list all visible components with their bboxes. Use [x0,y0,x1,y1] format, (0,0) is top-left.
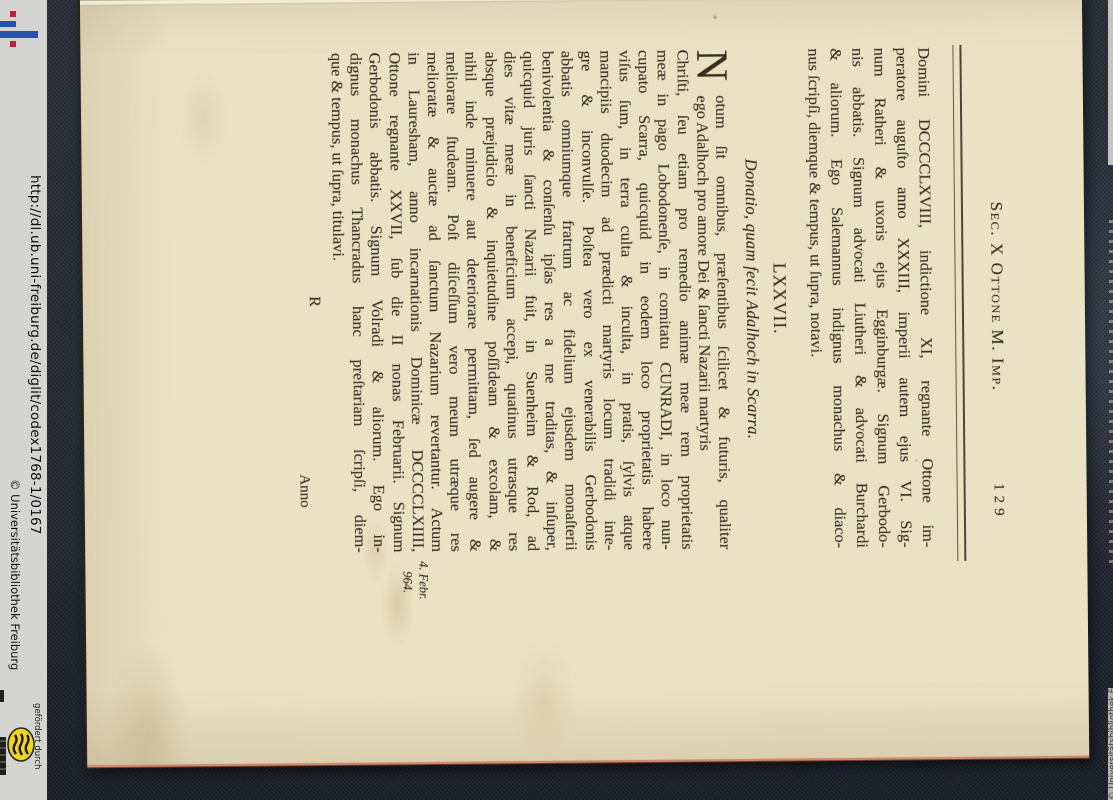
drop-cap-initial: N [693,49,729,81]
charter-number-heading: LXXVII. [766,49,792,549]
logo-red-square-icon [10,11,16,17]
right-edge-copyright-text: © Universitätsbibliothek Freiburg [1108,688,1113,800]
cropped-logo-fragment [0,737,6,775]
logo-blue-bar-icon [0,31,38,38]
margin-note-line: 4. Febr. [415,561,431,600]
margin-note-line: 964. [399,571,415,600]
source-url-text: http://dl.ub.uni-freiburg.de/diglit/code… [27,175,43,535]
running-head-row: Sec. X Ottone M. Imp. 129 [984,46,1009,546]
scan-viewport: http://dl.ub.uni-freiburg.de/diglit/code… [0,0,1113,800]
right-edge-bar-sliver [1108,0,1113,165]
copyright-text: © Universitätsbibliothek Freiburg [8,479,22,670]
baden-wuerttemberg-coat-of-arms-icon [7,727,35,762]
charter-76-ending-paragraph: Domini DCCCCLXVIII, indictione XI, regna… [802,47,939,548]
catchword: Anno [295,474,312,508]
right-edge-text-sliver [1109,220,1113,570]
page-number: 129 [990,483,1007,521]
charter-body: N otum ſit omnibus, præſentibus ſcilicet… [327,49,735,553]
charter-first-lines: otum ſit omnibus, præſentibus ſcilicet &… [692,95,735,549]
charter-lines: Chriſti, ſeu etiam pro remedio animæ meæ… [327,49,697,552]
rotated-bar-text: http://dl.ub.uni-freiburg.de/diglit/code… [0,0,47,800]
logo-blue-bar-icon [0,21,16,27]
digilib-side-bar: http://dl.ub.uni-freiburg.de/diglit/code… [0,0,47,800]
text-line: otum ſit omnibus, præſentibus ſcilicet &… [712,95,736,549]
signature-mark: R [305,296,323,307]
double-rule [952,45,966,561]
margin-date-note: 4. Febr. 964. [399,561,431,600]
book-page: Sec. X Ottone M. Imp. 129 Domini DCCCCLX… [78,0,1089,768]
right-edge-bar-sliver: © Universitätsbibliothek Freiburg [1108,688,1113,800]
scanned-page-rotated: Sec. X Ottone M. Imp. 129 Domini DCCCCLX… [78,0,1089,772]
charter-title: Donatio, quam fecit Adalhoch in Scarra. [739,49,764,549]
logo-red-square-icon [10,41,16,47]
cropped-logo-fragment [0,690,4,702]
running-header: Sec. X Ottone M. Imp. [984,46,1009,546]
